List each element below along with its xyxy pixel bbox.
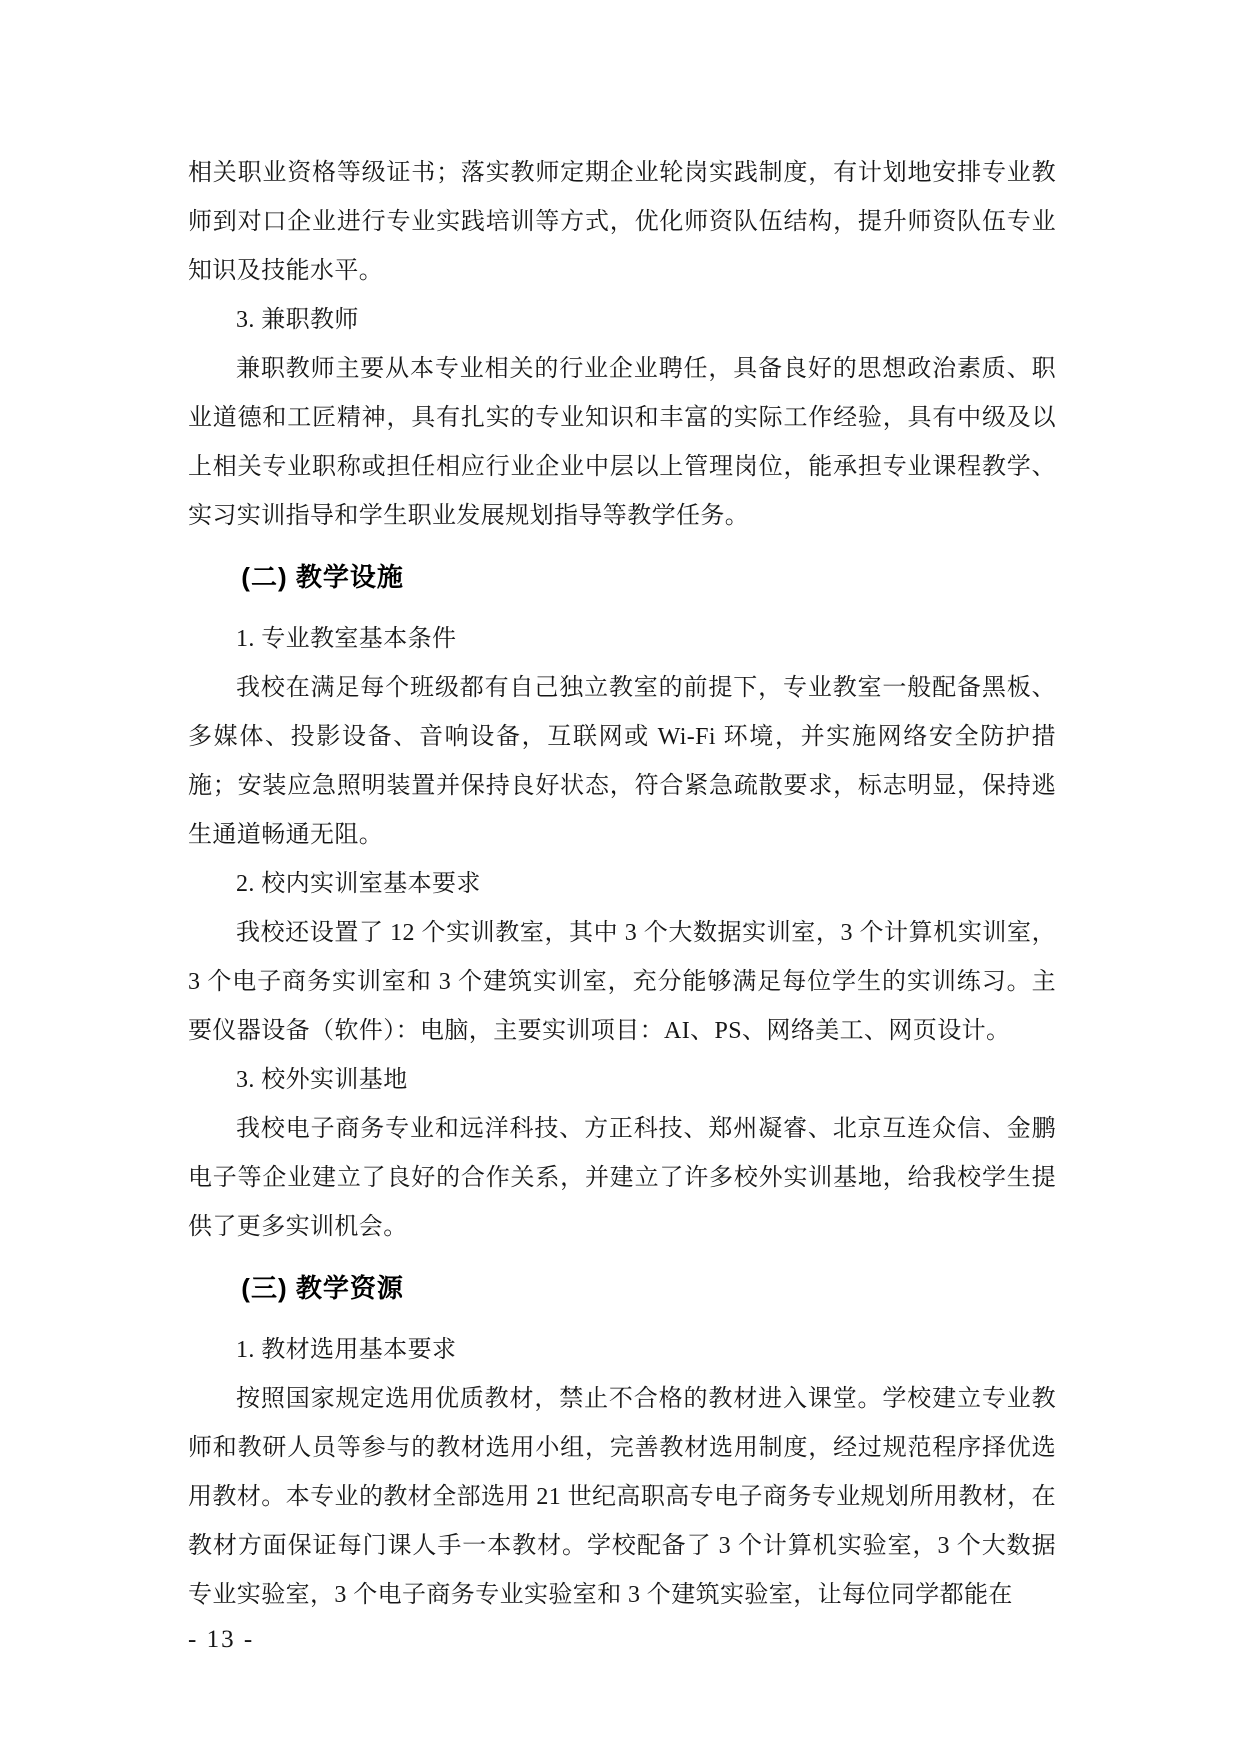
page-number: - 13 - [188,1620,254,1660]
paragraph-textbook-selection: 按照国家规定选用优质教材，禁止不合格的教材进入课堂。学校建立专业教师和教研人员等… [188,1375,1056,1620]
paragraph-on-campus-training-rooms: 我校还设置了 12 个实训教室，其中 3 个大数据实训室，3 个计算机实训室，3… [188,909,1056,1056]
document-body: 相关职业资格等级证书；落实教师定期企业轮岗实践制度，有计划地安排专业教师到对口企… [188,149,1056,1620]
numbered-item-part-time-teachers: 3. 兼职教师 [188,296,1056,345]
section-heading-teaching-resources: (三) 教学资源 [188,1264,1056,1313]
section-heading-teaching-facilities: (二) 教学设施 [188,553,1056,602]
document-page: 相关职业资格等级证书；落实教师定期企业轮岗实践制度，有计划地安排专业教师到对口企… [0,0,1241,1754]
paragraph-part-time-teachers: 兼职教师主要从本专业相关的行业企业聘任，具备良好的思想政治素质、职业道德和工匠精… [188,345,1056,541]
numbered-item-off-campus-training-bases: 3. 校外实训基地 [188,1056,1056,1105]
numbered-item-on-campus-training-rooms: 2. 校内实训室基本要求 [188,860,1056,909]
paragraph-teacher-certificates-continuation: 相关职业资格等级证书；落实教师定期企业轮岗实践制度，有计划地安排专业教师到对口企… [188,149,1056,296]
numbered-item-textbook-selection: 1. 教材选用基本要求 [188,1326,1056,1375]
paragraph-off-campus-training-bases: 我校电子商务专业和远洋科技、方正科技、郑州凝睿、北京互连众信、金鹏电子等企业建立… [188,1105,1056,1252]
paragraph-classroom-basic-conditions: 我校在满足每个班级都有自己独立教室的前提下，专业教室一般配备黑板、多媒体、投影设… [188,664,1056,860]
numbered-item-classroom-basic-conditions: 1. 专业教室基本条件 [188,615,1056,664]
